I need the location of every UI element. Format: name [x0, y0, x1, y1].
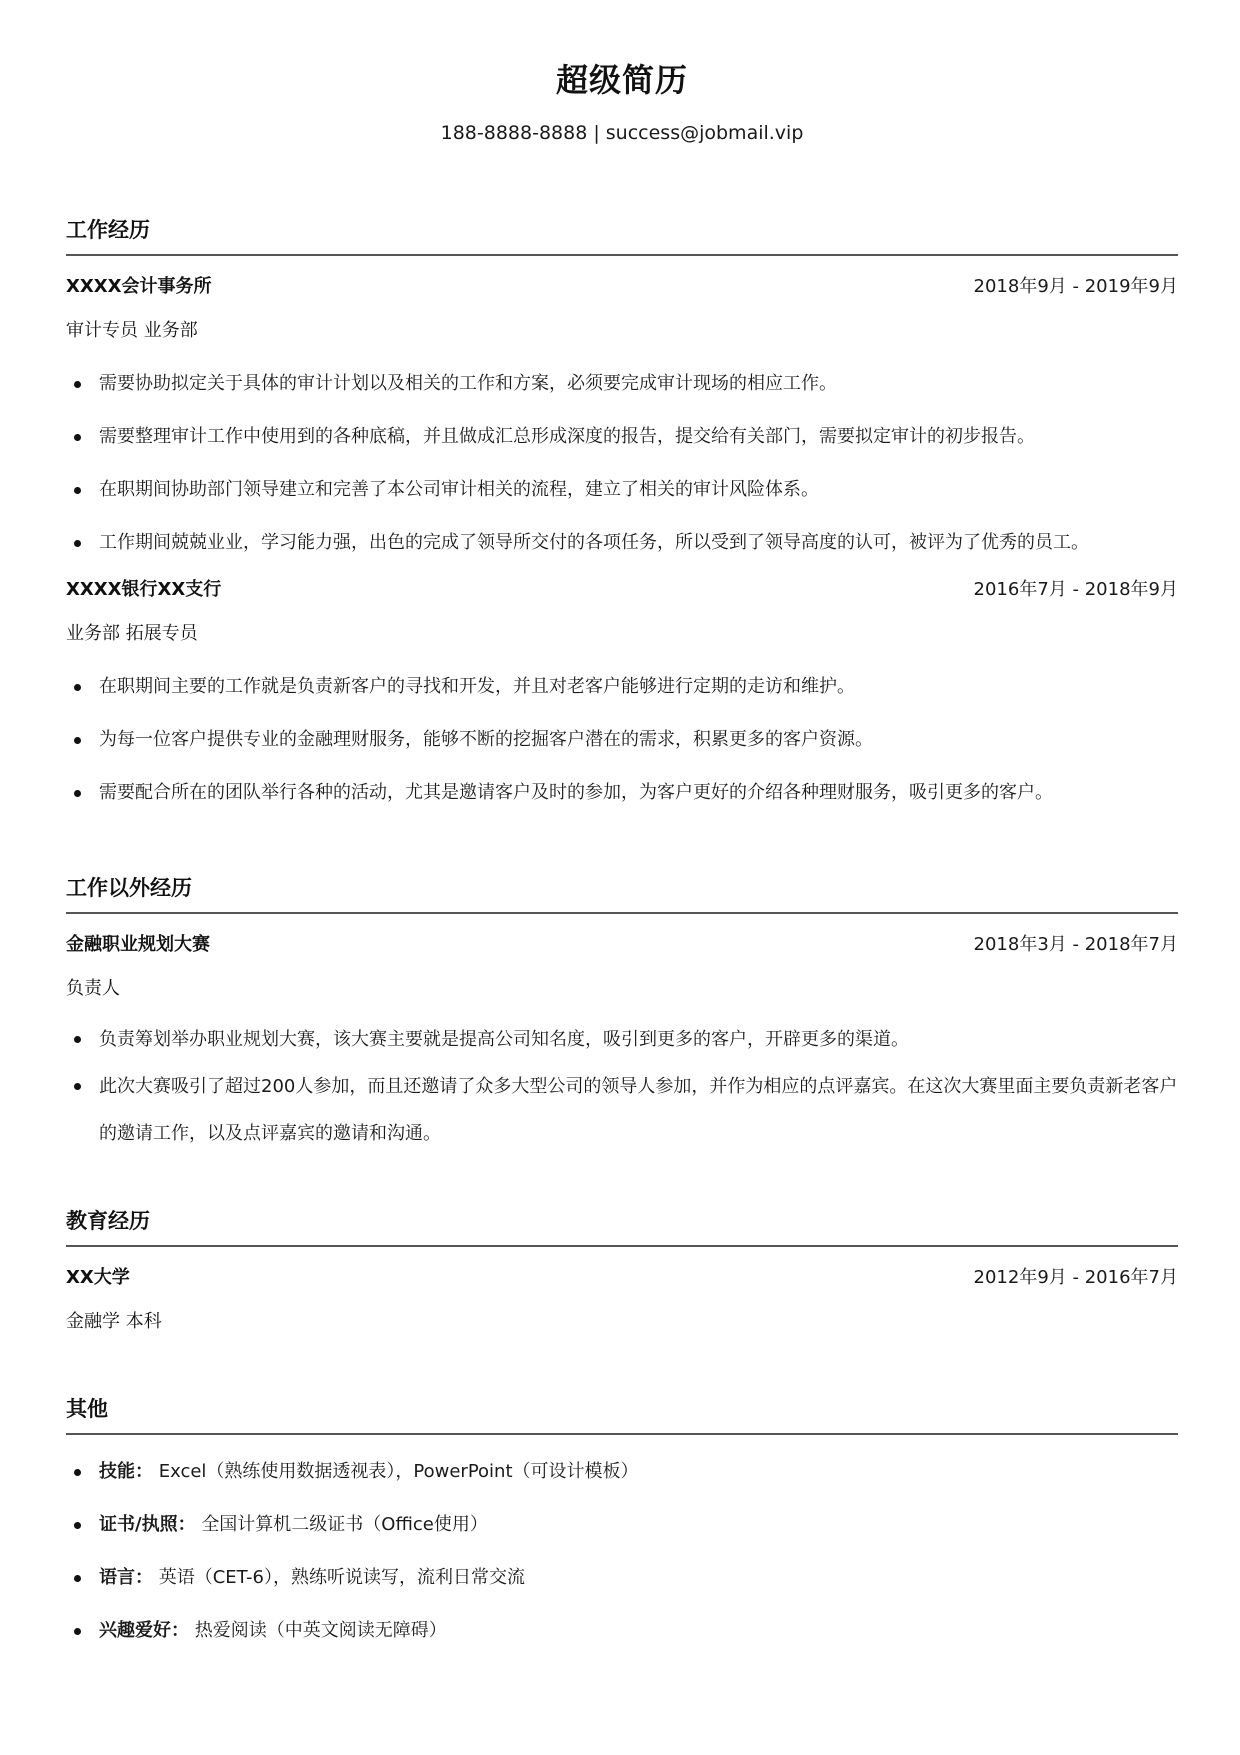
entry-header: XXXX会计事务所 2018年9月 - 2019年9月: [66, 274, 1178, 300]
item-value: Excel（熟练使用数据透视表），PowerPoint（可设计模板）: [159, 1461, 639, 1482]
bullet-item: 需要协助拟定关于具体的审计计划以及相关的工作和方案，必须要完成审计现场的相应工作…: [66, 371, 1178, 397]
bullet-item: 负责筹划举办职业规划大赛，该大赛主要就是提高公司知名度，吸引到更多的客户，开辟更…: [66, 1016, 1178, 1063]
entry-degree: 金融学 本科: [66, 1309, 1178, 1335]
bullet-text: 需要协助拟定关于具体的审计计划以及相关的工作和方案，必须要完成审计现场的相应工作…: [99, 373, 837, 394]
resume-header: 超级简历 188-8888-8888 | success@jobmail.vip: [66, 0, 1178, 146]
bullet-dot-icon: [74, 1575, 81, 1582]
bullet-item: 需要配合所在的团队举行各种的活动，尤其是邀请客户及时的参加，为客户更好的介绍各种…: [66, 780, 1178, 806]
bullet-item: 此次大赛吸引了超过200人参加，而且还邀请了众多大型公司的领导人参加，并作为相应…: [66, 1063, 1178, 1157]
education-entry: XX大学 2012年9月 - 2016年7月 金融学 本科: [66, 1265, 1178, 1335]
section-education: 教育经历 XX大学 2012年9月 - 2016年7月 金融学 本科: [66, 1207, 1178, 1335]
section-title: 工作经历: [66, 216, 1178, 256]
bullet-text: 工作期间兢兢业业，学习能力强，出色的完成了领导所交付的各项任务，所以受到了领导高…: [99, 532, 1089, 553]
entry-role: 负责人: [66, 976, 1178, 1002]
entry-role: 审计专员 业务部: [66, 318, 1178, 344]
entry-date: 2018年9月 - 2019年9月: [974, 274, 1178, 300]
entry-date: 2016年7月 - 2018年9月: [974, 577, 1178, 603]
bullet-dot-icon: [74, 737, 81, 744]
bullet-item: 在职期间主要的工作就是负责新客户的寻找和开发，并且对老客户能够进行定期的走访和维…: [66, 674, 1178, 700]
bullet-item: 在职期间协助部门领导建立和完善了本公司审计相关的流程，建立了相关的审计风险体系。: [66, 477, 1178, 503]
bullet-list: 在职期间主要的工作就是负责新客户的寻找和开发，并且对老客户能够进行定期的走访和维…: [66, 674, 1178, 806]
item-value: 全国计算机二级证书（Office使用）: [201, 1514, 488, 1535]
bullet-text: 需要整理审计工作中使用到的各种底稿，并且做成汇总形成深度的报告，提交给有关部门，…: [99, 426, 1035, 447]
item-label: 兴趣爱好：: [99, 1620, 189, 1641]
languages-item: 语言： 英语（CET-6），熟练听说读写，流利日常交流: [66, 1565, 1178, 1591]
extra-entry: 金融职业规划大赛 2018年3月 - 2018年7月 负责人 负责筹划举办职业规…: [66, 932, 1178, 1157]
bullet-text: 需要配合所在的团队举行各种的活动，尤其是邀请客户及时的参加，为客户更好的介绍各种…: [99, 782, 1053, 803]
bullet-dot-icon: [74, 434, 81, 441]
entry-organization: 金融职业规划大赛: [66, 932, 210, 958]
bullet-item: 工作期间兢兢业业，学习能力强，出色的完成了领导所交付的各项任务，所以受到了领导高…: [66, 530, 1178, 556]
bullet-item: 需要整理审计工作中使用到的各种底稿，并且做成汇总形成深度的报告，提交给有关部门，…: [66, 424, 1178, 450]
item-value: 英语（CET-6），熟练听说读写，流利日常交流: [159, 1567, 525, 1588]
bullet-list: 负责筹划举办职业规划大赛，该大赛主要就是提高公司知名度，吸引到更多的客户，开辟更…: [66, 1016, 1178, 1157]
work-entry: XXXX会计事务所 2018年9月 - 2019年9月 审计专员 业务部 需要协…: [66, 274, 1178, 556]
bullet-text: 此次大赛吸引了超过200人参加，而且还邀请了众多大型公司的领导人参加，并作为相应…: [99, 1076, 1177, 1144]
entry-header: XXXX银行XX支行 2016年7月 - 2018年9月: [66, 577, 1178, 603]
bullet-dot-icon: [74, 1083, 81, 1090]
other-list: 技能： Excel（熟练使用数据透视表），PowerPoint（可设计模板） 证…: [66, 1459, 1178, 1644]
item-label: 语言：: [99, 1567, 153, 1588]
item-value: 热爱阅读（中英文阅读无障碍）: [195, 1620, 447, 1641]
bullet-text: 在职期间主要的工作就是负责新客户的寻找和开发，并且对老客户能够进行定期的走访和维…: [99, 676, 855, 697]
bullet-dot-icon: [74, 1036, 81, 1043]
resume-name: 超级简历: [66, 58, 1178, 102]
entry-header: XX大学 2012年9月 - 2016年7月: [66, 1265, 1178, 1291]
bullet-dot-icon: [74, 540, 81, 547]
hobbies-item: 兴趣爱好： 热爱阅读（中英文阅读无障碍）: [66, 1618, 1178, 1644]
entry-school: XX大学: [66, 1265, 130, 1291]
bullet-dot-icon: [74, 1469, 81, 1476]
section-work-experience: 工作经历 XXXX会计事务所 2018年9月 - 2019年9月 审计专员 业务…: [66, 216, 1178, 806]
section-extra-experience: 工作以外经历 金融职业规划大赛 2018年3月 - 2018年7月 负责人 负责…: [66, 874, 1178, 1157]
entry-date: 2018年3月 - 2018年7月: [974, 932, 1178, 958]
entry-organization: XXXX会计事务所: [66, 274, 212, 300]
section-other: 其他 技能： Excel（熟练使用数据透视表），PowerPoint（可设计模板…: [66, 1395, 1178, 1644]
bullet-dot-icon: [74, 487, 81, 494]
bullet-text: 在职期间协助部门领导建立和完善了本公司审计相关的流程，建立了相关的审计风险体系。: [99, 479, 819, 500]
entry-date: 2012年9月 - 2016年7月: [974, 1265, 1178, 1291]
section-title: 其他: [66, 1395, 1178, 1435]
bullet-list: 需要协助拟定关于具体的审计计划以及相关的工作和方案，必须要完成审计现场的相应工作…: [66, 371, 1178, 556]
bullet-text: 负责筹划举办职业规划大赛，该大赛主要就是提高公司知名度，吸引到更多的客户，开辟更…: [99, 1029, 909, 1050]
section-title: 工作以外经历: [66, 874, 1178, 914]
entry-role: 业务部 拓展专员: [66, 621, 1178, 647]
resume-page: 超级简历 188-8888-8888 | success@jobmail.vip…: [66, 0, 1178, 146]
entry-header: 金融职业规划大赛 2018年3月 - 2018年7月: [66, 932, 1178, 958]
bullet-dot-icon: [74, 381, 81, 388]
certificates-item: 证书/执照： 全国计算机二级证书（Office使用）: [66, 1512, 1178, 1538]
item-label: 证书/执照：: [99, 1514, 196, 1535]
skills-item: 技能： Excel（熟练使用数据透视表），PowerPoint（可设计模板）: [66, 1459, 1178, 1485]
item-label: 技能：: [99, 1461, 153, 1482]
entry-organization: XXXX银行XX支行: [66, 577, 221, 603]
bullet-dot-icon: [74, 1628, 81, 1635]
bullet-dot-icon: [74, 684, 81, 691]
bullet-dot-icon: [74, 1522, 81, 1529]
bullet-text: 为每一位客户提供专业的金融理财服务，能够不断的挖掘客户潜在的需求，积累更多的客户…: [99, 729, 873, 750]
work-entry: XXXX银行XX支行 2016年7月 - 2018年9月 业务部 拓展专员 在职…: [66, 577, 1178, 806]
section-title: 教育经历: [66, 1207, 1178, 1247]
bullet-dot-icon: [74, 790, 81, 797]
bullet-item: 为每一位客户提供专业的金融理财服务，能够不断的挖掘客户潜在的需求，积累更多的客户…: [66, 727, 1178, 753]
contact-info: 188-8888-8888 | success@jobmail.vip: [66, 120, 1178, 146]
